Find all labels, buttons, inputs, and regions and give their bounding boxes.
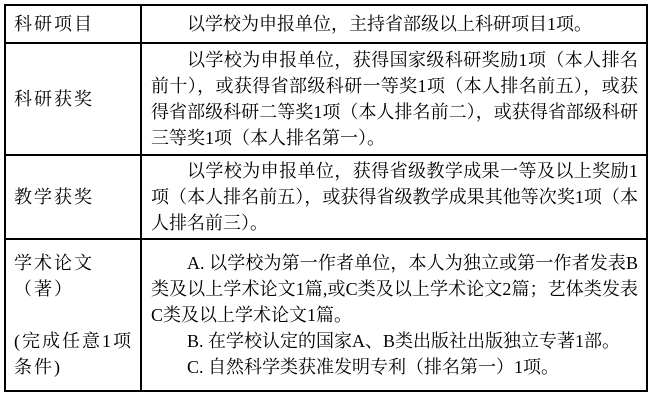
table-row-research-awards: 科研获奖 以学校为申报单位，获得国家级科研奖励1项（本人排名前十），或获得省部级… <box>5 43 647 155</box>
row-label-cell: 科研获奖 <box>5 43 141 155</box>
table-row-teaching-awards: 教学获奖 以学校为申报单位，获得省级教学成果一等及以上奖励1项（本人排名前五），… <box>5 155 647 239</box>
content-paragraph-b: B. 在学校认定的国家A、B类出版社出版独立专著1部。 <box>151 328 638 354</box>
table-row-academic-papers: 学术论文（著） (完成任意1项条件) A. 以学校为第一作者单位，本人为独立或第… <box>5 239 647 391</box>
row-label: 教学获奖 <box>14 184 136 210</box>
row-label-cell: 教学获奖 <box>5 155 141 239</box>
row-label-cell: 科研项目 <box>5 5 141 43</box>
content-paragraph: 以学校为申报单位，获得国家级科研奖励1项（本人排名前十），或获得省部级科研一等奖… <box>151 47 638 151</box>
row-content-cell: 以学校为申报单位，获得国家级科研奖励1项（本人排名前十），或获得省部级科研一等奖… <box>141 43 647 155</box>
table-row-research-project: 科研项目 以学校为申报单位，主持省部级以上科研项目1项。 <box>5 5 647 43</box>
row-content-cell: 以学校为申报单位，获得省级教学成果一等及以上奖励1项（本人排名前五），或获得省级… <box>141 155 647 239</box>
content-paragraph-a: A. 以学校为第一作者单位，本人为独立或第一作者发表B类及以上学术论文1篇,或C… <box>151 250 638 328</box>
row-label-note: (完成任意1项条件) <box>14 328 136 380</box>
requirements-table: 科研项目 以学校为申报单位，主持省部级以上科研项目1项。 科研获奖 以学校为申报… <box>4 4 648 392</box>
content-paragraph-c: C. 自然科学类获准发明专利（排名第一）1项。 <box>151 354 638 380</box>
row-label-cell: 学术论文（著） (完成任意1项条件) <box>5 239 141 391</box>
content-paragraph: 以学校为申报单位，主持省部级以上科研项目1项。 <box>151 11 638 37</box>
row-label: 科研获奖 <box>14 86 136 112</box>
row-content-cell: 以学校为申报单位，主持省部级以上科研项目1项。 <box>141 5 647 43</box>
content-paragraph: 以学校为申报单位，获得省级教学成果一等及以上奖励1项（本人排名前五），或获得省级… <box>151 158 638 236</box>
row-content-cell: A. 以学校为第一作者单位，本人为独立或第一作者发表B类及以上学术论文1篇,或C… <box>141 239 647 391</box>
document-page: 科研项目 以学校为申报单位，主持省部级以上科研项目1项。 科研获奖 以学校为申报… <box>0 0 654 393</box>
row-label: 学术论文（著） <box>14 250 136 302</box>
row-label: 科研项目 <box>14 11 136 37</box>
